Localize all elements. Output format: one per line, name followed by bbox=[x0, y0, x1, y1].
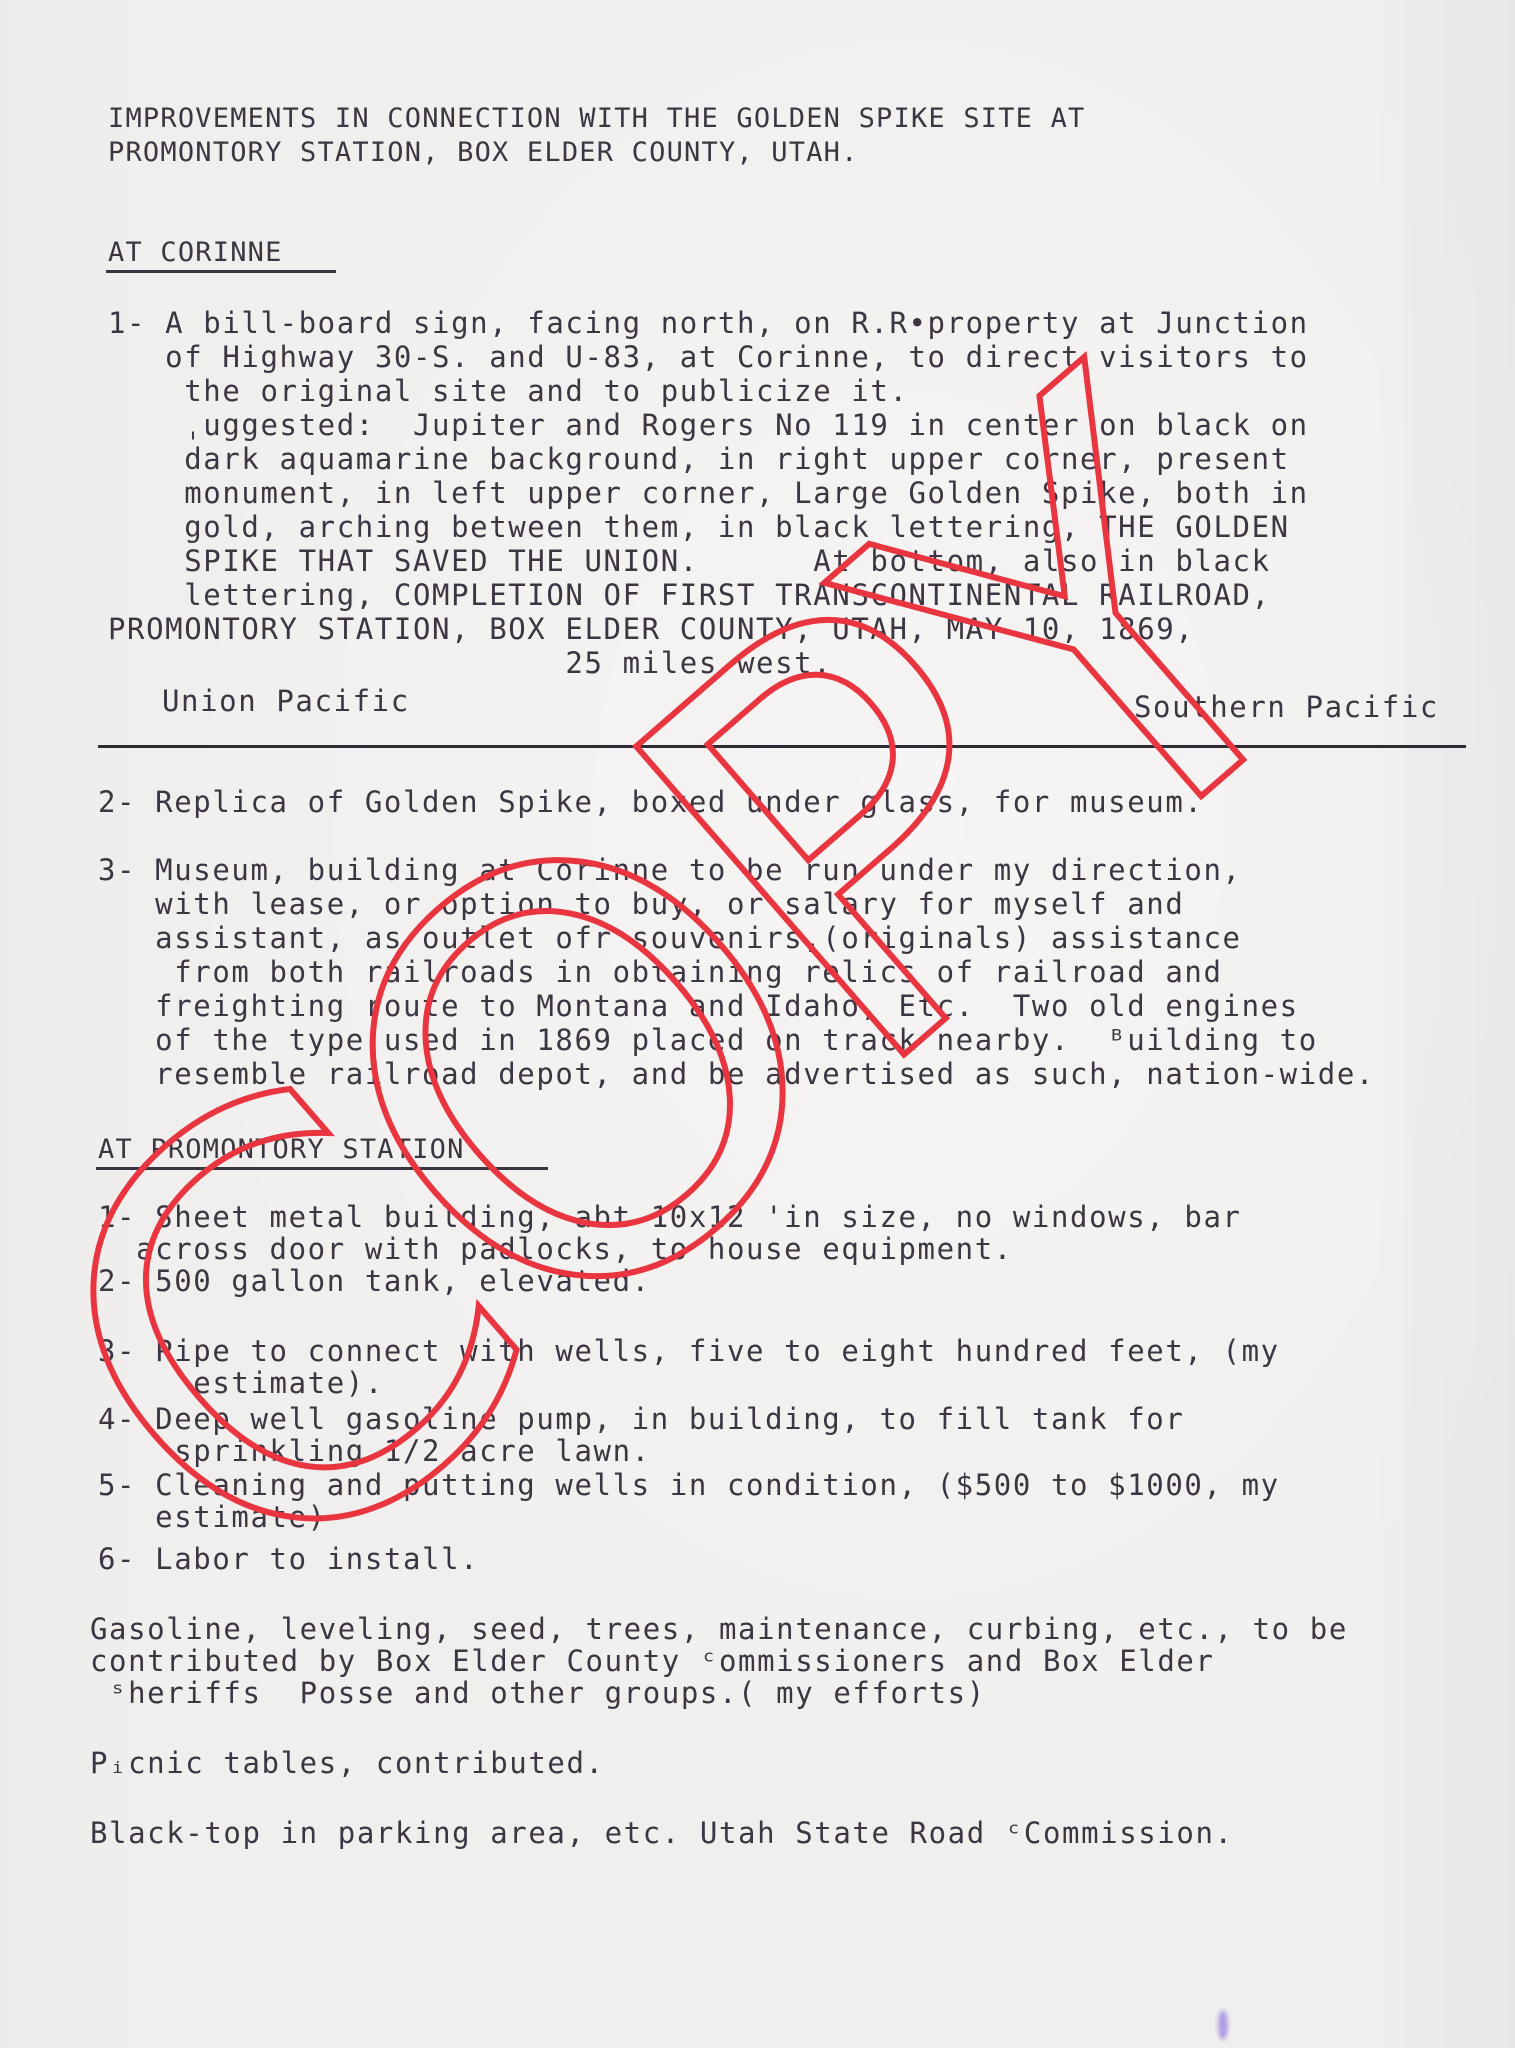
closing-line: Black-top in parking area, etc. Utah Sta… bbox=[90, 1816, 1234, 1850]
title-line-2: PROMONTORY STATION, BOX ELDER COUNTY, UT… bbox=[108, 136, 859, 170]
closing-line: Gasoline, leveling, seed, trees, mainten… bbox=[90, 1612, 1348, 1646]
title-line-1: IMPROVEMENTS IN CONNECTION WITH THE GOLD… bbox=[108, 102, 1086, 136]
typed-line: assistant, as outlet ofr souvenirs,(orig… bbox=[98, 921, 1242, 955]
horizontal-rule bbox=[98, 745, 1466, 748]
list-item: estimate). bbox=[98, 1366, 384, 1400]
typed-line: with lease, or option to buy, or salary … bbox=[98, 887, 1184, 921]
typed-line: PROMONTORY STATION, BOX ELDER COUNTY, UT… bbox=[108, 612, 1194, 646]
typed-line: the original site and to publicize it. bbox=[108, 374, 909, 408]
typed-line: 1- A bill-board sign, facing north, on R… bbox=[108, 306, 1309, 340]
typed-line: freighting route to Montana and Idaho, E… bbox=[98, 989, 1299, 1023]
typed-line: 2- Replica of Golden Spike, boxed under … bbox=[98, 785, 1203, 819]
section-heading-corinne: AT CORINNE bbox=[108, 236, 283, 270]
typed-line: of Highway 30-S. and U-83, at Corinne, t… bbox=[108, 340, 1309, 374]
southern-pacific-label: Southern Pacific bbox=[1134, 690, 1439, 724]
typed-line: lettering, COMPLETION OF FIRST TRANSCONT… bbox=[108, 578, 1271, 612]
list-item: 1- Sheet metal building, abt 10x12 'in s… bbox=[98, 1200, 1242, 1234]
typed-line: monument, in left upper corner, Large Go… bbox=[108, 476, 1309, 510]
list-item: 6- Labor to install. bbox=[98, 1542, 479, 1576]
list-item: 4- Deep well gasoline pump, in building,… bbox=[98, 1402, 1184, 1436]
typed-line: gold, arching between them, in black let… bbox=[108, 510, 1290, 544]
union-pacific-label: Union Pacific bbox=[162, 684, 410, 718]
paper-shadow bbox=[1405, 0, 1515, 2048]
list-item: sprinkling 1/2 acre lawn. bbox=[98, 1434, 651, 1468]
heading-underline bbox=[106, 270, 336, 273]
list-item: 5- Cleaning and putting wells in conditi… bbox=[98, 1468, 1280, 1502]
heading-underline bbox=[96, 1167, 548, 1170]
list-item: 2- 500 gallon tank, elevated. bbox=[98, 1264, 651, 1298]
typed-line: dark aquamarine background, in right upp… bbox=[108, 442, 1290, 476]
typed-line: 3- Museum, building at Corinne to be run… bbox=[98, 853, 1242, 887]
list-item: estimate) bbox=[98, 1500, 327, 1534]
closing-line: Pᵢcnic tables, contributed. bbox=[90, 1746, 605, 1780]
list-item: 3- Pipe to connect with wells, five to e… bbox=[98, 1334, 1280, 1368]
typed-line: resemble railroad depot, and be advertis… bbox=[98, 1057, 1375, 1091]
typed-line: SPIKE THAT SAVED THE UNION. At bottom, a… bbox=[108, 544, 1271, 578]
typed-line: from both railroads in obtaining relics … bbox=[98, 955, 1223, 989]
closing-line: ˢheriffs Posse and other groups.( my eff… bbox=[90, 1676, 986, 1710]
list-item: across door with padlocks, to house equi… bbox=[98, 1232, 1013, 1266]
section-heading-promontory: AT PROMONTORY STATION bbox=[98, 1133, 465, 1167]
typed-line: of the type used in 1869 placed on track… bbox=[98, 1023, 1318, 1057]
ink-smudge bbox=[1218, 2010, 1228, 2040]
typed-line: ˌuggested: Jupiter and Rogers No 119 in … bbox=[108, 408, 1309, 442]
closing-line: contributed by Box Elder County ᶜommissi… bbox=[90, 1644, 1215, 1678]
typed-line: 25 miles west. bbox=[108, 646, 832, 680]
